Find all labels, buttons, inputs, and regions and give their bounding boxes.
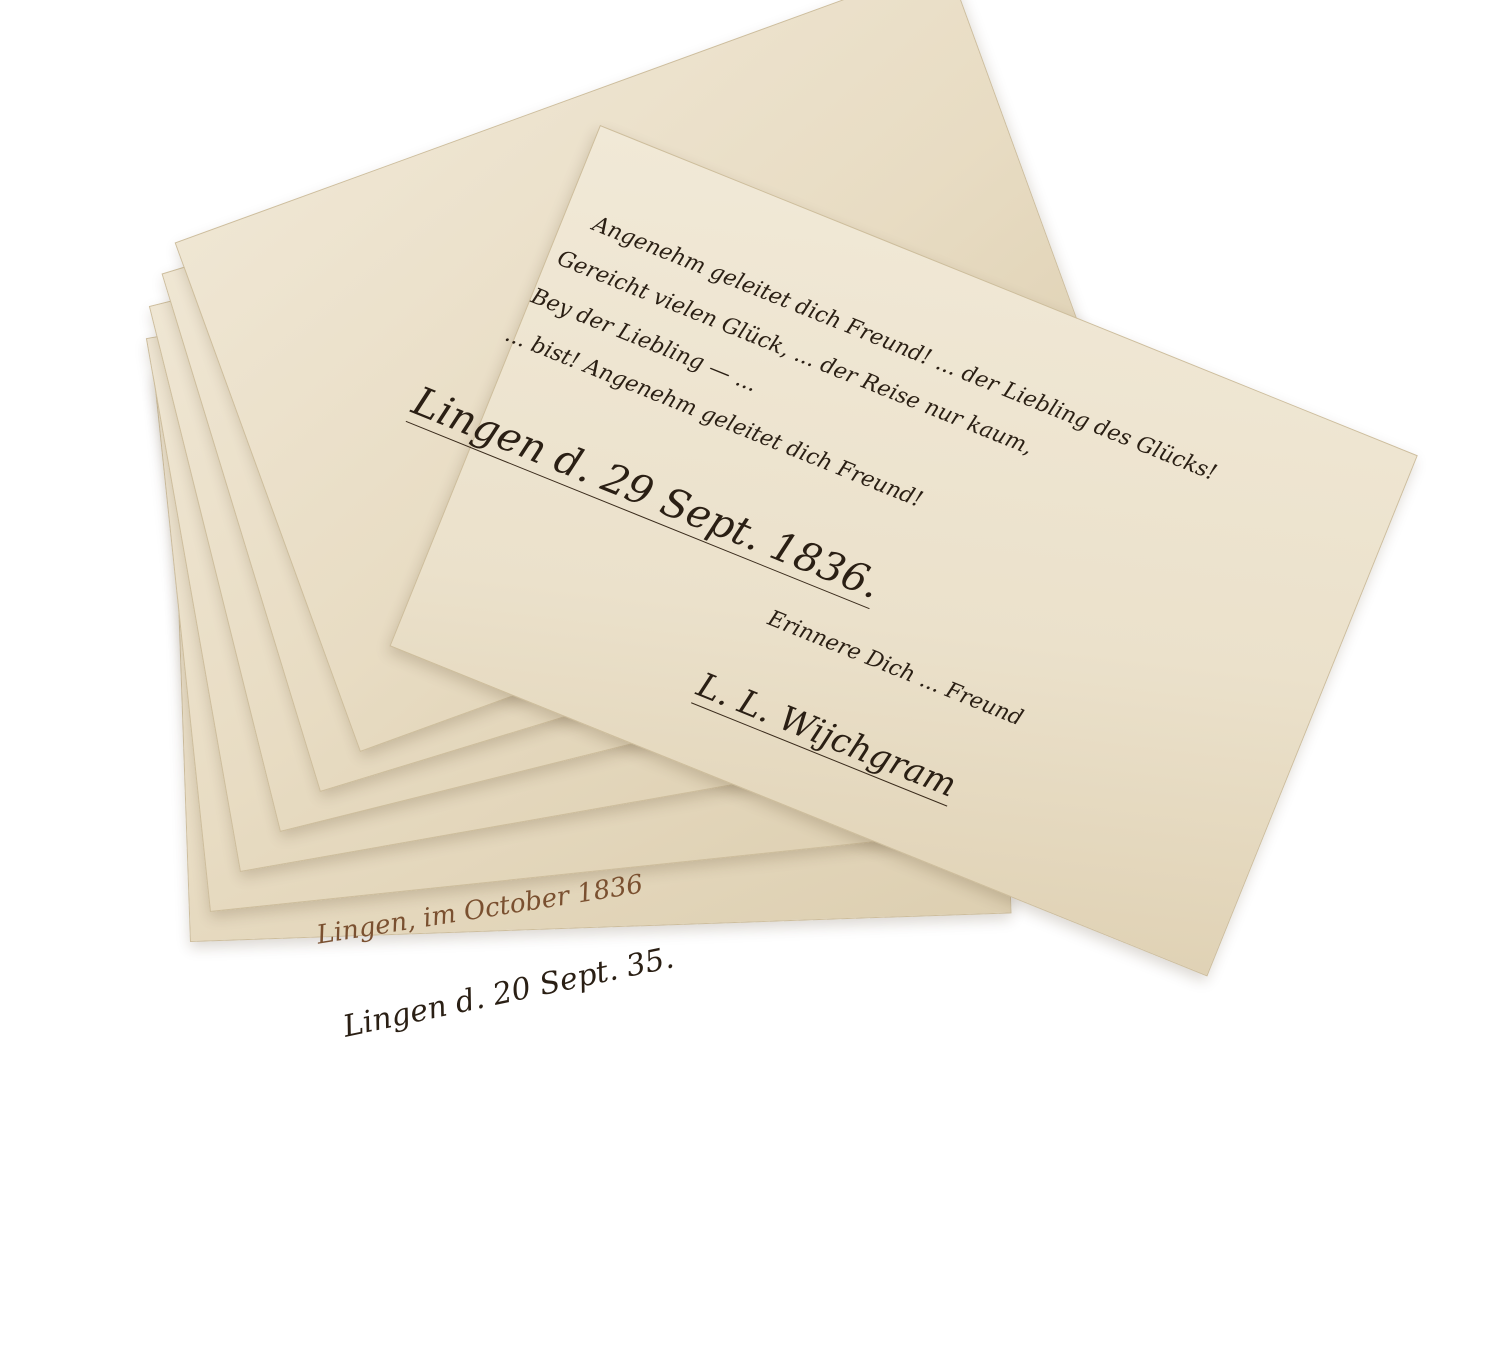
letter-place-date: Lingen d. 29 Sept. 1836. [406, 378, 887, 609]
letter-line: Gereicht vielen Glück, ... der Reise nur… [554, 246, 1037, 460]
letter-date-1835: Lingen d. 20 Sept. 35. [340, 940, 677, 1044]
letters-photo: Lingen, im October 1836 Lingen d. 20 Sep… [0, 0, 1500, 1359]
